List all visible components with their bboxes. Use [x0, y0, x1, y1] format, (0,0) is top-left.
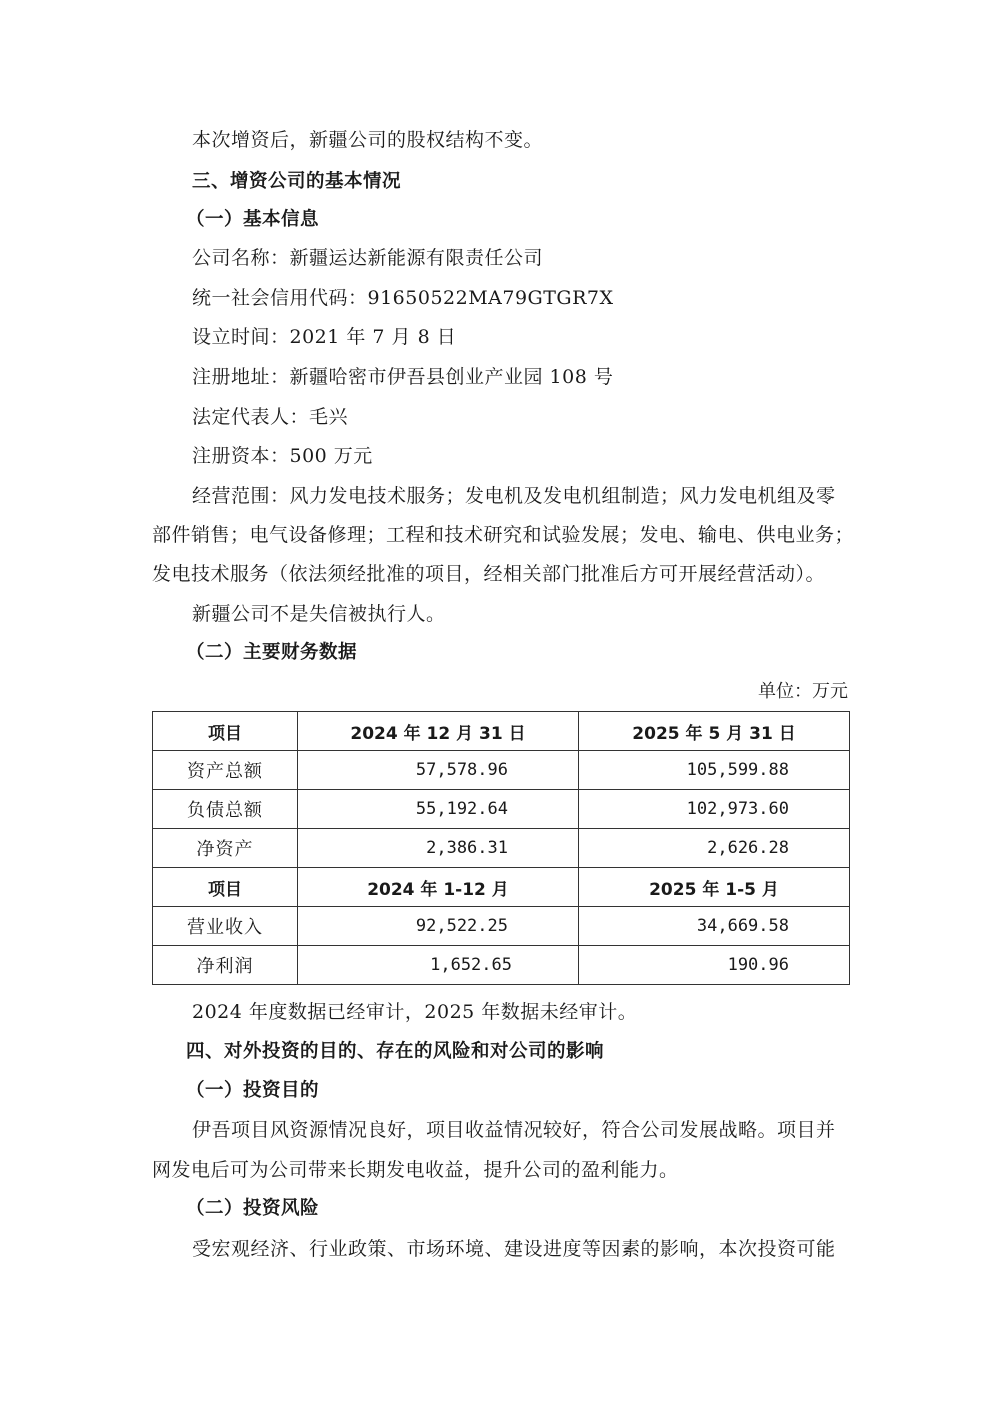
value-cell: 34,669.58	[579, 907, 850, 946]
value-cell: 102,973.60	[579, 790, 850, 829]
established-date: 设立时间：2021 年 7 月 8 日	[192, 325, 456, 349]
not-dishonest-statement: 新疆公司不是失信被执行人。	[192, 602, 446, 626]
value-text: 2,386.31	[368, 838, 508, 858]
value-text: 190.96	[639, 955, 789, 975]
header-cell: 2024 年 12 月 31 日	[298, 712, 579, 751]
business-scope-line-2: 部件销售；电气设备修理；工程和技术研究和试验发展；发电、输电、供电业务；	[152, 523, 854, 547]
value-cell: 55,192.64	[298, 790, 579, 829]
value-text: 105,599.88	[639, 760, 789, 780]
value-cell: 190.96	[579, 946, 850, 985]
row-label: 资产总额	[153, 751, 298, 790]
subsection-investment-risk-heading: （二）投资风险	[186, 1197, 319, 1221]
section-4-heading: 四、对外投资的目的、存在的风险和对公司的影响	[186, 1040, 604, 1064]
value-cell: 2,386.31	[298, 829, 579, 868]
section-3-heading: 三、增资公司的基本情况	[192, 170, 401, 194]
registered-address: 注册地址：新疆哈密市伊吾县创业产业园 108 号	[192, 365, 613, 389]
legal-representative: 法定代表人：毛兴	[192, 405, 348, 429]
document-page: 本次增资后，新疆公司的股权结构不变。 三、增资公司的基本情况 （一）基本信息 公…	[0, 0, 1000, 1414]
financial-data-table: 项目 2024 年 12 月 31 日 2025 年 5 月 31 日 资产总额…	[152, 711, 850, 985]
value-text: 2,626.28	[639, 838, 789, 858]
value-cell: 92,522.25	[298, 907, 579, 946]
unit-label: 单位：万元	[758, 680, 848, 704]
paragraph-equity-unchanged: 本次增资后，新疆公司的股权结构不变。	[192, 128, 543, 152]
table-header-row: 项目 2024 年 1-12 月 2025 年 1-5 月	[153, 868, 850, 907]
subsection-basic-info-heading: （一）基本信息	[186, 208, 319, 232]
table-row: 负债总额 55,192.64 102,973.60	[153, 790, 850, 829]
credit-code: 统一社会信用代码：91650522MA79GTGR7X	[192, 286, 614, 310]
table-row: 净资产 2,386.31 2,626.28	[153, 829, 850, 868]
value-cell: 1,652.65	[298, 946, 579, 985]
subsection-financial-data-heading: （二）主要财务数据	[186, 641, 357, 665]
purpose-line-2: 网发电后可为公司带来长期发电收益，提升公司的盈利能力。	[152, 1158, 679, 1182]
company-name: 公司名称：新疆运达新能源有限责任公司	[192, 246, 543, 270]
header-cell: 2025 年 1-5 月	[579, 868, 850, 907]
header-cell: 2025 年 5 月 31 日	[579, 712, 850, 751]
header-cell: 项目	[153, 868, 298, 907]
value-text: 55,192.64	[368, 799, 508, 819]
row-label: 净资产	[153, 829, 298, 868]
value-text: 1,652.65	[364, 955, 512, 975]
value-text: 92,522.25	[368, 916, 508, 936]
value-text: 57,578.96	[368, 760, 508, 780]
audit-note: 2024 年度数据已经审计，2025 年数据未经审计。	[192, 1000, 637, 1024]
header-cell: 2024 年 1-12 月	[298, 868, 579, 907]
table-row: 营业收入 92,522.25 34,669.58	[153, 907, 850, 946]
table-header-row: 项目 2024 年 12 月 31 日 2025 年 5 月 31 日	[153, 712, 850, 751]
value-text: 102,973.60	[639, 799, 789, 819]
value-cell: 57,578.96	[298, 751, 579, 790]
registered-capital: 注册资本：500 万元	[192, 444, 373, 468]
business-scope-line-3: 发电技术服务（依法须经批准的项目，经相关部门批准后方可开展经营活动）。	[152, 562, 825, 586]
purpose-line-1: 伊吾项目风资源情况良好，项目收益情况较好，符合公司发展战略。项目并	[192, 1118, 836, 1142]
row-label: 营业收入	[153, 907, 298, 946]
value-cell: 2,626.28	[579, 829, 850, 868]
row-label: 负债总额	[153, 790, 298, 829]
value-cell: 105,599.88	[579, 751, 850, 790]
subsection-investment-purpose-heading: （一）投资目的	[186, 1079, 319, 1103]
table-row: 资产总额 57,578.96 105,599.88	[153, 751, 850, 790]
row-label: 净利润	[153, 946, 298, 985]
table-row: 净利润 1,652.65 190.96	[153, 946, 850, 985]
value-text: 34,669.58	[639, 916, 789, 936]
risk-line-1: 受宏观经济、行业政策、市场环境、建设进度等因素的影响，本次投资可能	[192, 1237, 836, 1261]
header-cell: 项目	[153, 712, 298, 751]
business-scope-line-1: 经营范围：风力发电技术服务；发电机及发电机组制造；风力发电机组及零	[192, 484, 836, 508]
